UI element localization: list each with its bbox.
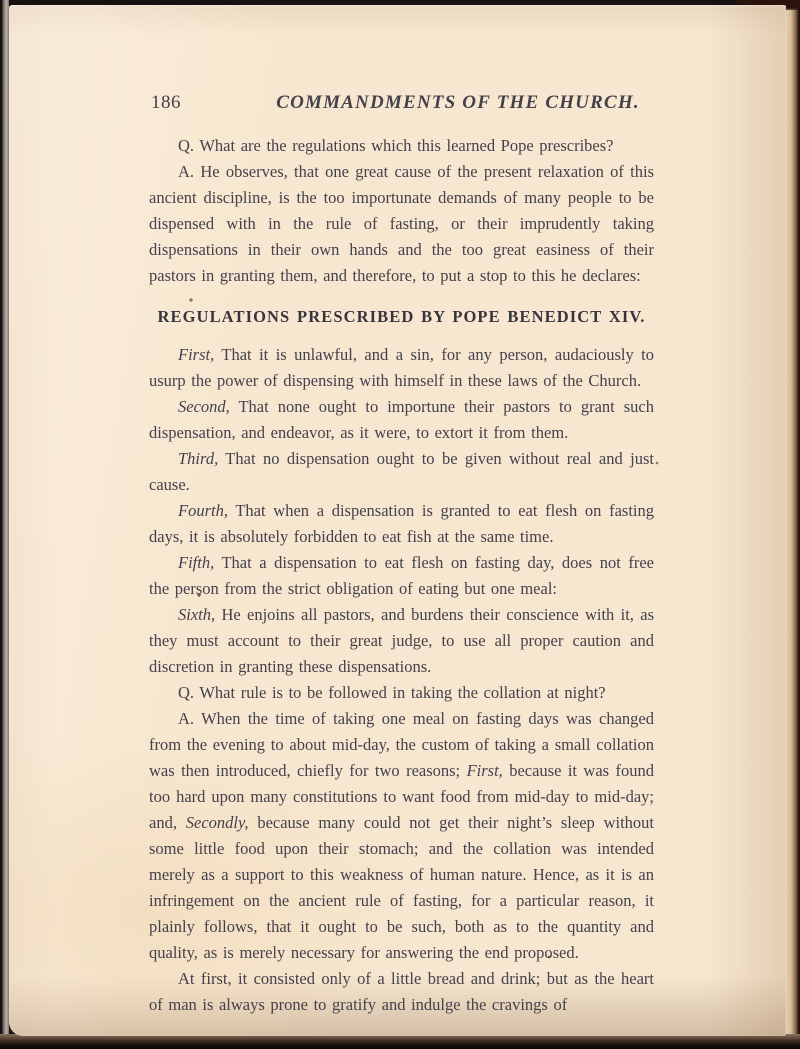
paragraph: At first, it consisted only of a little … bbox=[149, 966, 654, 1018]
italic-term: First, bbox=[178, 345, 214, 364]
paragraphs-before-heading: Q. What are the regulations which this l… bbox=[149, 133, 654, 289]
paragraph: Second, That none ought to importune the… bbox=[149, 394, 654, 446]
paragraph: Sixth, He enjoins all pastors, and burde… bbox=[149, 602, 654, 680]
paragraph: A. When the time of taking one meal on f… bbox=[149, 706, 654, 966]
italic-term: Second, bbox=[178, 397, 230, 416]
paragraph: First, That it is unlawful, and a sin, f… bbox=[149, 342, 654, 394]
text-run: A. He observes, that one great cause of … bbox=[149, 162, 654, 285]
page-number: 186 bbox=[151, 92, 181, 114]
book-bottom-edge bbox=[0, 1034, 800, 1049]
text-run: That no dispensation ought to be given w… bbox=[149, 449, 654, 494]
paragraph: A. He observes, that one great cause of … bbox=[149, 159, 654, 289]
paragraph: Third, That no dispensation ought to be … bbox=[149, 446, 654, 498]
page-header: 186 COMMANDMENTS OF THE CHURCH. bbox=[149, 92, 654, 118]
italic-term: Sixth, bbox=[178, 605, 215, 624]
book-binding-edge bbox=[2, 0, 9, 1038]
running-title: COMMANDMENTS OF THE CHURCH. bbox=[254, 92, 662, 114]
section-heading: REGULATIONS PRESCRIBED BY POPE BENEDICT … bbox=[149, 304, 654, 330]
text-run: At first, it consisted only of a little … bbox=[149, 969, 654, 1014]
italic-term: Fourth, bbox=[178, 501, 228, 520]
body-text: Q. What are the regulations which this l… bbox=[149, 133, 654, 1018]
page-paper: 186 COMMANDMENTS OF THE CHURCH. Q. What … bbox=[9, 5, 786, 1036]
scanned-book-page: 186 COMMANDMENTS OF THE CHURCH. Q. What … bbox=[0, 0, 800, 1049]
text-run: Q. What are the regulations which this l… bbox=[178, 136, 614, 155]
text-run: Q. What rule is to be followed in taking… bbox=[178, 683, 606, 702]
italic-term: First, bbox=[467, 761, 503, 780]
text-run: because many could not get their night’s… bbox=[149, 813, 654, 962]
paragraph: Q. What are the regulations which this l… bbox=[149, 133, 654, 159]
italic-term: Fifth, bbox=[178, 553, 214, 572]
italic-term: Secondly, bbox=[186, 813, 249, 832]
paragraphs-after-heading: First, That it is unlawful, and a sin, f… bbox=[149, 342, 654, 1018]
page-content: 186 COMMANDMENTS OF THE CHURCH. Q. What … bbox=[149, 5, 654, 1018]
text-run: That a dispensation to eat flesh on fast… bbox=[149, 553, 654, 598]
text-run: He enjoins all pastors, and burdens thei… bbox=[149, 605, 654, 676]
paragraph: Q. What rule is to be followed in taking… bbox=[149, 680, 654, 706]
paragraph: Fourth, That when a dispensation is gran… bbox=[149, 498, 654, 550]
paragraph: Fifth, That a dispensation to eat flesh … bbox=[149, 550, 654, 602]
page-stack-edge bbox=[785, 0, 800, 1039]
text-run: That it is unlawful, and a sin, for any … bbox=[149, 345, 654, 390]
italic-term: Third, bbox=[178, 449, 218, 468]
